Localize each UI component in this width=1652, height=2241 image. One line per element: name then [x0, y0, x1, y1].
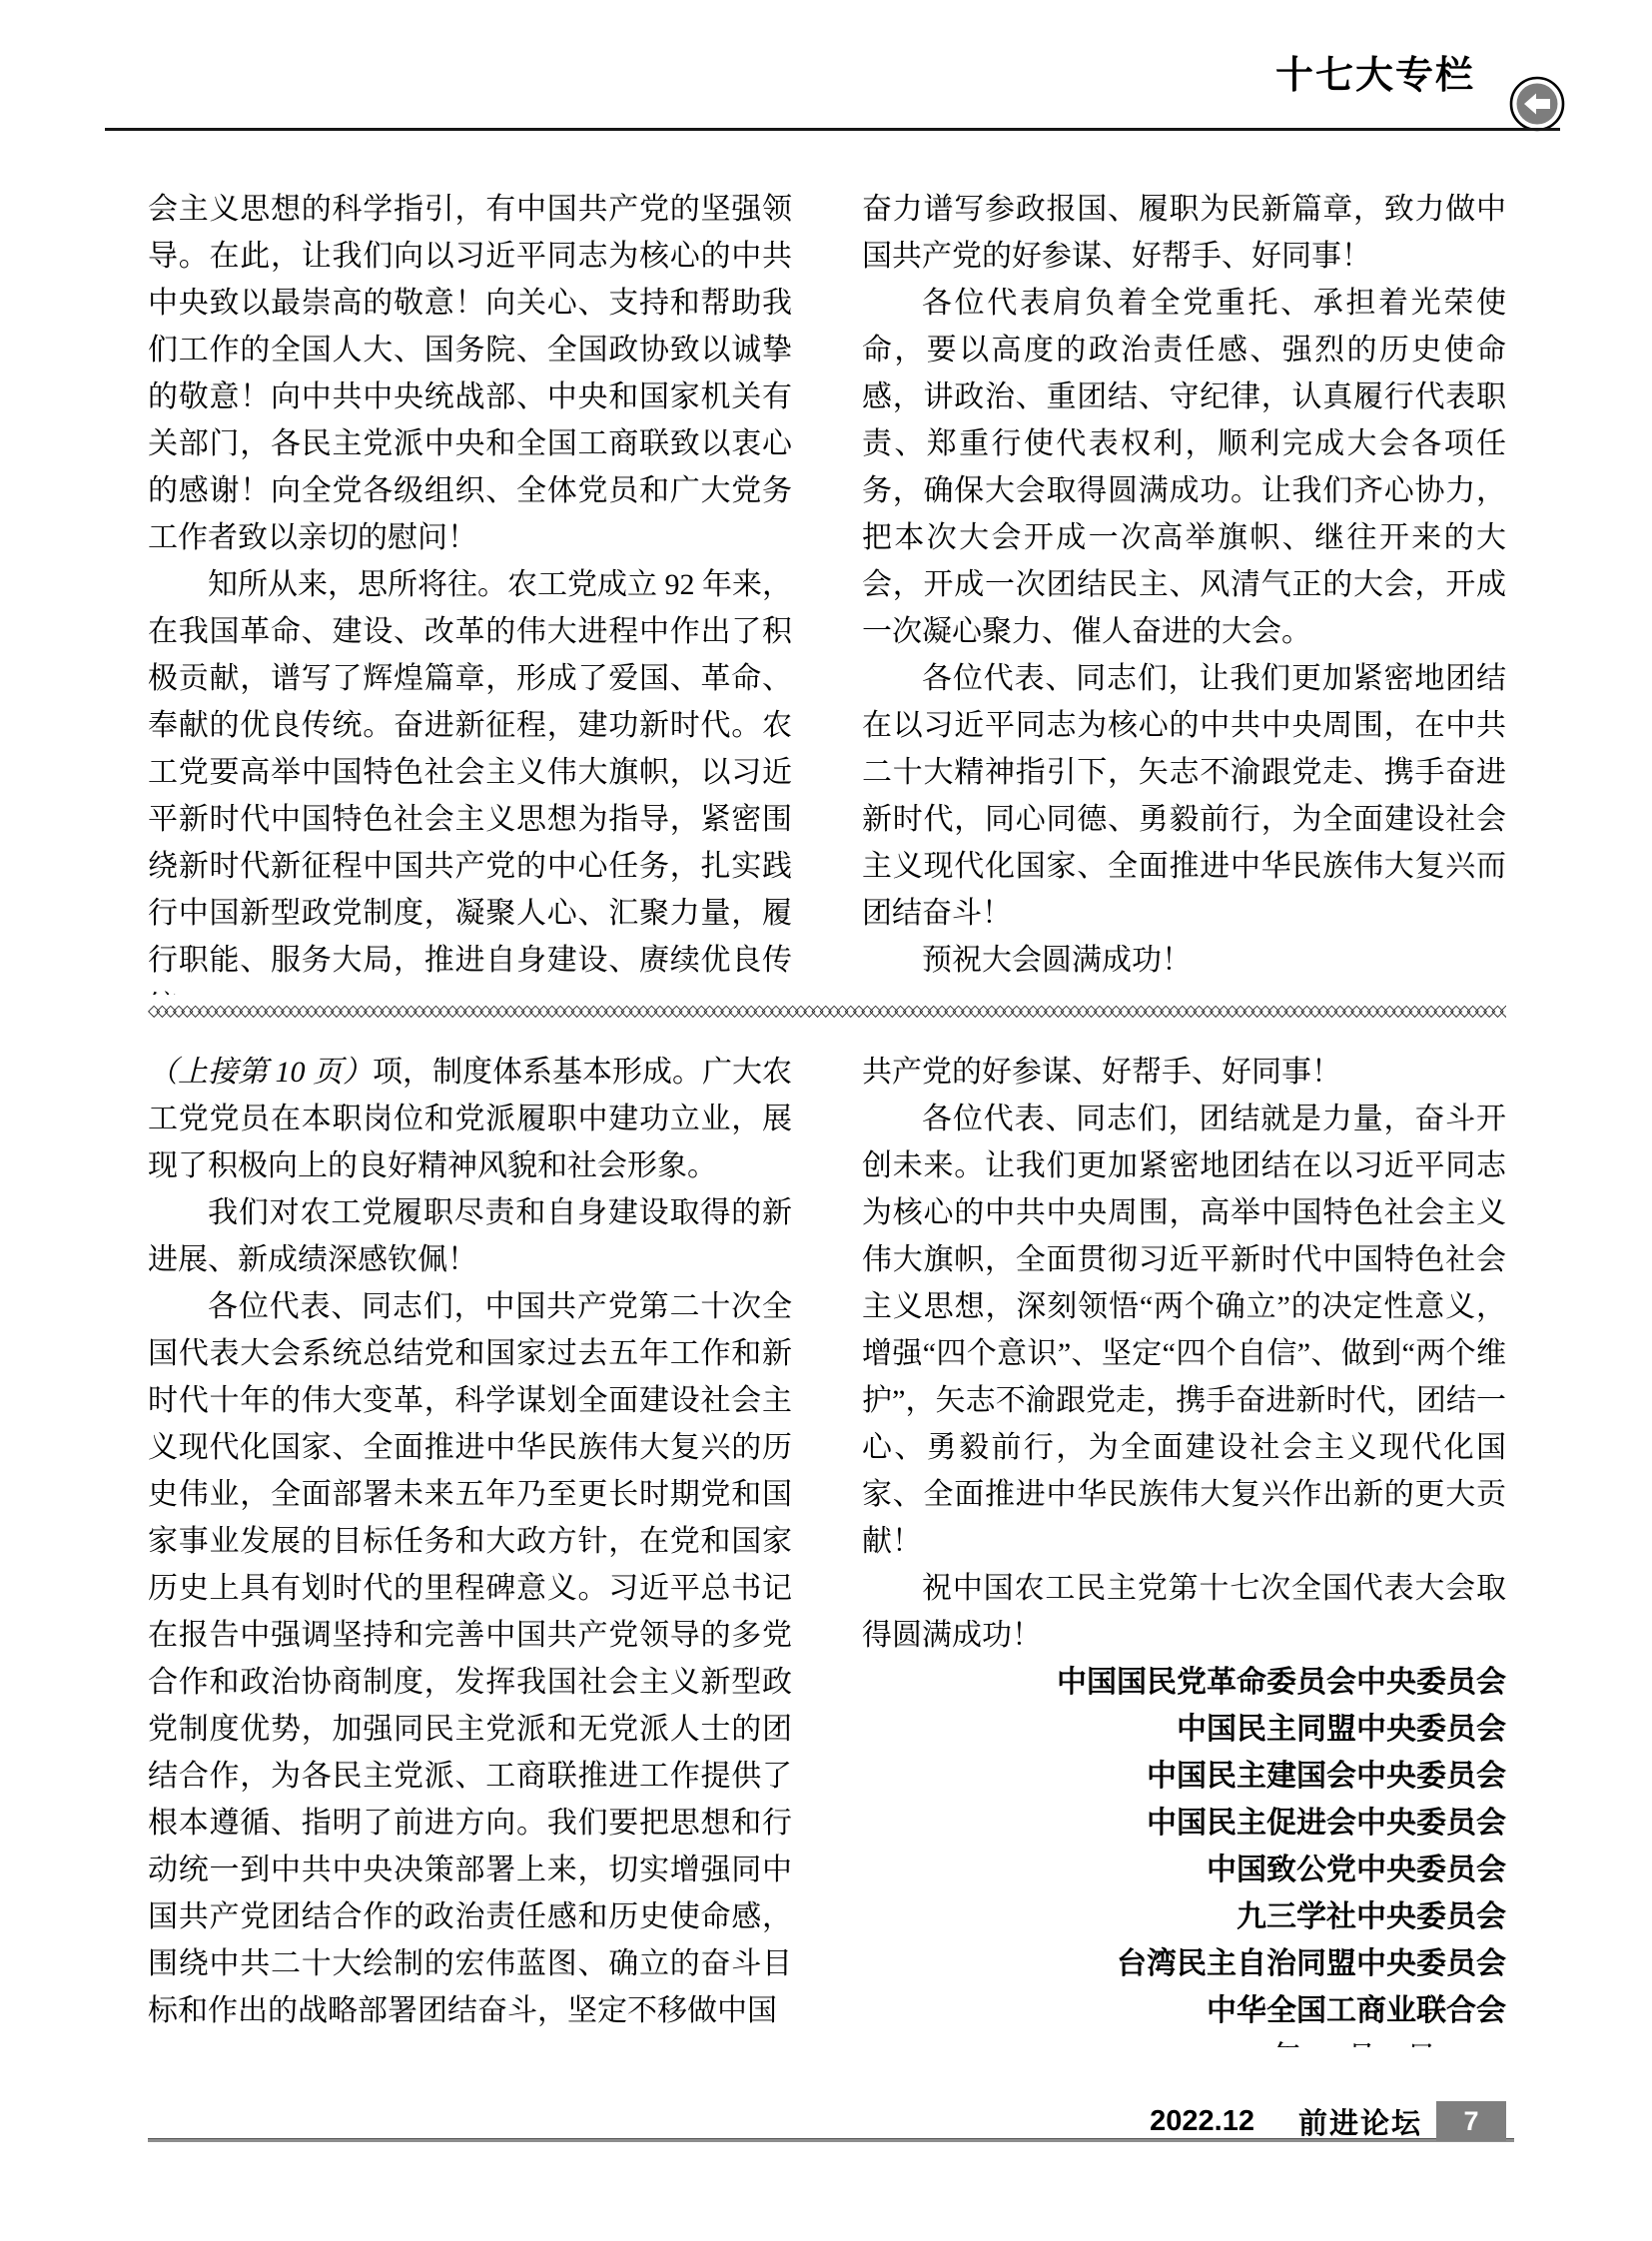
signature-line: 中国国民党革命委员会中央委员会	[862, 1659, 1506, 1706]
top-left-column: 会主义思想的科学指引，有中国共产党的坚强领导。在此，让我们向以习近平同志为核心的…	[148, 186, 792, 995]
signature-line: 中国民主促进会中央委员会	[862, 1800, 1506, 1847]
signature-date: 2022 年 12 月 7 日	[862, 2034, 1506, 2047]
paragraph: 知所从来，思所将往。农工党成立 92 年来，在我国革命、建设、改革的伟大进程中作…	[148, 561, 792, 995]
signature-line: 中国民主建国会中央委员会	[862, 1753, 1506, 1800]
diamond-chain-divider: ◇◇◇◇◇◇◇◇◇◇◇◇◇◇◇◇◇◇◇◇◇◇◇◇◇◇◇◇◇◇◇◇◇◇◇◇◇◇◇◇…	[148, 1000, 1506, 1022]
top-section: 会主义思想的科学指引，有中国共产党的坚强领导。在此，让我们向以习近平同志为核心的…	[148, 186, 1506, 995]
paragraph: 各位代表、同志们，中国共产党第二十次全国代表大会系统总结党和国家过去五年工作和新…	[148, 1283, 792, 2034]
paragraph: 各位代表、同志们，让我们更加紧密地团结在以习近平同志为核心的中共中央周围，在中共…	[862, 655, 1506, 937]
signature-line: 九三学社中央委员会	[862, 1893, 1506, 1940]
bottom-right-column: 共产党的好参谋、好帮手、好同事！ 各位代表、同志们，团结就是力量，奋斗开创未来。…	[862, 1049, 1506, 2047]
paragraph: 各位代表、同志们，团结就是力量，奋斗开创未来。让我们更加紧密地团结在以习近平同志…	[862, 1096, 1506, 1565]
paragraph: 祝中国农工民主党第十七次全国代表大会取得圆满成功！	[862, 1565, 1506, 1659]
continued-from-note: （上接第 10 页）	[148, 1056, 373, 1089]
magazine-page: 十七大专栏 会主义思想的科学指引，有中国共产党的坚强领导。在此，让我们向以习近平…	[0, 0, 1652, 2241]
paragraph: 预祝大会圆满成功！	[862, 937, 1506, 984]
signature-block: 中国国民党革命委员会中央委员会 中国民主同盟中央委员会 中国民主建国会中央委员会…	[862, 1659, 1506, 2047]
page-number-badge: 7	[1436, 2101, 1506, 2141]
header-rule	[105, 128, 1560, 131]
signature-line: 台湾民主自治同盟中央委员会	[862, 1940, 1506, 1987]
footer-issue: 2022.12	[1150, 2105, 1254, 2138]
top-right-column: 奋力谱写参政报国、履职为民新篇章，致力做中国共产党的好参谋、好帮手、好同事！ 各…	[862, 186, 1506, 995]
paragraph: 各位代表肩负着全党重托、承担着光荣使命，要以高度的政治责任感、强烈的历史使命感，…	[862, 280, 1506, 655]
paragraph: 我们对农工党履职尽责和自身建设取得的新进展、新成绩深感钦佩！	[148, 1189, 792, 1283]
back-arrow-circle-icon	[1509, 76, 1565, 132]
bottom-left-column: （上接第 10 页）项，制度体系基本形成。广大农工党党员在本职岗位和党派履职中建…	[148, 1049, 792, 2047]
signature-line: 中华全国工商业联合会	[862, 1987, 1506, 2034]
paragraph-continued: （上接第 10 页）项，制度体系基本形成。广大农工党党员在本职岗位和党派履职中建…	[148, 1049, 792, 1189]
paragraph-continued: 奋力谱写参政报国、履职为民新篇章，致力做中国共产党的好参谋、好帮手、好同事！	[862, 186, 1506, 280]
section-title: 十七大专栏	[1275, 52, 1475, 100]
footer: 2022.12 前进论坛 7	[148, 2101, 1506, 2141]
footer-journal-title: 前进论坛	[1298, 2101, 1422, 2142]
bottom-section: （上接第 10 页）项，制度体系基本形成。广大农工党党员在本职岗位和党派履职中建…	[148, 1049, 1506, 2047]
signature-line: 中国致公党中央委员会	[862, 1847, 1506, 1893]
paragraph-continued: 会主义思想的科学指引，有中国共产党的坚强领导。在此，让我们向以习近平同志为核心的…	[148, 186, 792, 561]
paragraph-continued: 共产党的好参谋、好帮手、好同事！	[862, 1049, 1506, 1096]
signature-line: 中国民主同盟中央委员会	[862, 1706, 1506, 1753]
